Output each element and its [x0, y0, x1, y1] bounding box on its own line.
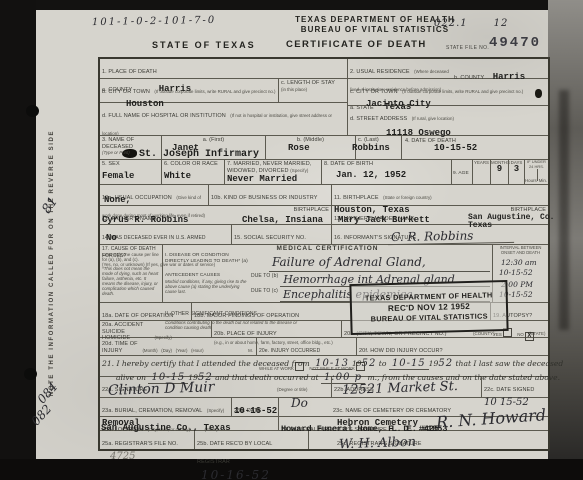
due-to-c-label: DUE TO (c) — [251, 288, 278, 302]
certificate-form: 1. PLACE OF DEATH a. COUNTY Harris b. CI… — [98, 57, 550, 451]
due-to-b-label: DUE TO (b) — [251, 273, 278, 287]
cemetery-label: 23c. NAME OF CEMETERY OR CREMATORY — [333, 408, 451, 414]
registrar-signature: W. H. Albon — [339, 435, 417, 453]
age-label: 9. AGE — [453, 171, 469, 176]
interval-label: INTERVAL BETWEEN ONSET AND DEATH — [495, 246, 546, 256]
residence-city-note: (If outside corporate limits, write RURA… — [402, 89, 523, 94]
row-physician: 22a. SIGNATURE Clinton D Muir (Degree or… — [100, 376, 548, 397]
margin-note: NOTE THE INFORMATION CALLED FOR ON THE R… — [49, 113, 59, 413]
stay-label: c. LENGTH OF STAY — [281, 80, 345, 87]
last-name-value: Robbins — [352, 144, 399, 153]
punch-hole-icon — [26, 105, 39, 117]
date-signed-label: 22c. DATE SIGNED — [484, 387, 534, 393]
certificate-paper: NOTE THE INFORMATION CALLED FOR ON THE R… — [36, 10, 548, 459]
handwritten-class-code: 022.112 — [434, 18, 508, 29]
attended-from-date: 10-13 — [312, 358, 352, 370]
physician-address: 12521 Market St. — [342, 379, 458, 398]
handwritten-code: 101-1-0-2-101-7-0 — [92, 15, 216, 28]
cause-line1-label: I. DISEASE OR CONDITIONDIRECTLY LEADING … — [165, 253, 269, 265]
degree-label: (Degree or title) — [277, 387, 308, 392]
birthplace-label: 11. BIRTHPLACE — [334, 195, 379, 201]
registrar-file-value: 4725 — [110, 451, 192, 462]
residence-city-value: Jacinto City — [366, 100, 546, 109]
hospital-label: d. FULL NAME OF HOSPITAL OR INSTITUTION — [102, 113, 226, 119]
days-value: 3 — [509, 165, 524, 174]
row-injury-time: 20d. TIME OF INJURY (Month) (Day) (Year)… — [100, 337, 548, 355]
informant-signature: C. R. Robbins — [388, 228, 514, 245]
street-note: (If rural, give location) — [412, 116, 454, 121]
occupation-value: None, — [104, 196, 131, 205]
row-certification: 21. I hereby certify that I attended the… — [100, 355, 548, 376]
attended-to-year: 52 — [438, 358, 453, 369]
armed-value: No — [106, 234, 117, 243]
row-service: 14. WAS DECEASED EVER IN U.S. ARMED FORC… — [100, 224, 548, 244]
burial-date-value: 10-16-52 — [234, 407, 277, 416]
place-section-label: 1. PLACE OF DEATH — [102, 69, 157, 75]
row-name: 3. NAME OF DECEASED (Type or Print) a. (… — [100, 135, 548, 159]
attended-to-date: 10-15 — [389, 358, 429, 370]
operation-findings-label: 18b. MAJOR FINDINGS OF OPERATION — [194, 313, 299, 319]
file-no-value: 49470 — [489, 35, 541, 51]
registrar-date-label: 25b. DATE REC'D BY LOCAL REGISTRAR — [197, 441, 272, 465]
sex-value: Female — [102, 172, 159, 181]
race-label: 6. COLOR OR RACE — [164, 161, 222, 168]
min-label: Min. — [539, 178, 547, 183]
injury-occurred-label: 20e. INJURY OCCURRED — [259, 348, 320, 354]
name-label: 3. NAME OF DECEASED — [102, 137, 159, 150]
middle-name-value: Rose — [288, 144, 353, 153]
scan-top-band — [36, 0, 548, 10]
cause-section-note: Enter only one cause per line for (a), (… — [102, 252, 160, 262]
father-value: Cyrus R. Robbins — [102, 216, 188, 225]
operation-date-label: 18a. DATE OF OPERATION — [102, 313, 173, 319]
residence-city-label: c. CITY OR TOWN — [350, 89, 398, 95]
stay-note: (in this place) — [281, 87, 345, 92]
cause-footnote: *This does not mean the mode of dying, s… — [102, 266, 160, 296]
under24-label: IF UNDER 24 HRS. — [525, 160, 548, 169]
name-note: (Type or Print) — [102, 150, 159, 155]
state-of-texas: STATE OF TEXAS — [152, 40, 256, 50]
scan-left-band — [0, 0, 36, 480]
marital-label: 7. MARRIED, NEVER MARRIED, WIDOWED, DIVO… — [227, 161, 319, 174]
punch-hole-icon — [24, 368, 37, 380]
interval-1-time: 12:30 am — [501, 258, 537, 267]
city-note: (If outside corporate limits, write RURA… — [154, 89, 275, 94]
mother-value: Mary Jack Burkett — [338, 216, 430, 225]
medical-certification-heading: MEDICAL CERTIFICATION — [163, 245, 492, 253]
certificate-title: CERTIFICATE OF DEATH — [286, 39, 427, 50]
marital-value: Never Married — [227, 175, 319, 184]
ink-mark — [535, 89, 542, 98]
dob-label: 8. DATE OF BIRTH — [324, 161, 449, 168]
burial-label: 23a. BURIAL, CREMATION, REMOVAL — [102, 408, 202, 414]
certification-line-1: 21. I hereby certify that I attended the… — [102, 357, 546, 371]
first-name-value: Janet — [172, 144, 263, 153]
street-label: d. STREET ADDRESS — [350, 116, 407, 122]
how-injury-label: 20f. HOW DID INJURY OCCUR? — [359, 348, 443, 354]
place-of-death-block: 1. PLACE OF DEATH a. COUNTY Harris b. CI… — [100, 59, 347, 135]
age-block: 9. AGE YEARS MONTHS 9 DAYS 3 IF UNDER 24… — [451, 160, 548, 184]
industry-label: 10b. KIND OF BUSINESS OR INDUSTRY — [211, 195, 318, 201]
received-stamp: TEXAS DEPARTMENT OF HEALTH REC'D NOV 12 … — [349, 280, 508, 335]
birthplace-note: (State or foreign country) — [383, 195, 432, 200]
antecedent-note: Morbid conditions, if any, giving rise t… — [165, 279, 251, 294]
father-bp-value: Chelsa, Insiana — [242, 216, 323, 225]
row-registrar: 25a. REGISTRAR'S FILE NO. 4725 25b. DATE… — [100, 430, 548, 449]
middle-name-label: b. (Middle) — [268, 137, 353, 144]
interval-1-date: 10-15-52 — [499, 268, 533, 277]
file-no-label: STATE FILE NO. — [446, 45, 489, 51]
injury-state-label: (STATE) — [529, 331, 545, 336]
injury-m-label: M. — [248, 348, 253, 353]
injury-place-label: 20b. PLACE OF INJURY — [214, 331, 277, 337]
residence-section-label: 2. USUAL RESIDENCE — [350, 69, 410, 75]
sex-label: 5. SEX — [102, 161, 159, 168]
row-vitals: 5. SEX Female 6. COLOR OR RACE White 7. … — [100, 159, 548, 184]
injury-time-label: 20d. TIME OF INJURY — [102, 341, 138, 354]
scanned-death-certificate: NOTE THE INFORMATION CALLED FOR ON THE R… — [0, 0, 583, 480]
race-value: White — [164, 172, 222, 181]
scan-streak — [559, 90, 569, 330]
cause-sidebar: 17. CAUSE OF DEATH Enter only one cause … — [100, 245, 162, 302]
father-bp-label: BIRTHPLACE — [294, 207, 329, 214]
usual-residence-block: 2. USUAL RESIDENCE (Where deceased lived… — [347, 59, 548, 135]
years-label: YEARS — [473, 160, 490, 165]
row-occupation: 10a. USUAL OCCUPATION (Give kind of work… — [100, 184, 548, 205]
row-parents: 12. FATHER'S NAME Cyrus R. Robbins BIRTH… — [100, 205, 548, 224]
row-place-residence: 1. PLACE OF DEATH a. COUNTY Harris b. CI… — [100, 59, 548, 135]
dod-value: 10-15-52 — [434, 144, 477, 153]
registrar-file-label: 25a. REGISTRAR'S FILE NO. — [102, 441, 178, 447]
months-value: 9 — [491, 165, 508, 174]
dod-label: 4. DATE OF DEATH — [405, 138, 427, 145]
city-label: b. CITY OR TOWN — [102, 89, 150, 95]
attended-from-year: 52 — [362, 358, 377, 369]
registrar-date-value: 10-16-52 — [201, 468, 306, 480]
dob-value: Jan. 12, 1952 — [336, 171, 449, 180]
burial-note: (Specify) — [207, 408, 224, 413]
ssn-label: 15. SOCIAL SECURITY NO. — [234, 235, 306, 241]
cause-line1-value: Failure of Adrenal Gland, — [272, 255, 426, 269]
hours-label: Hours — [525, 178, 537, 183]
injury-time-columns: (Month) (Day) (Year) (Hour) — [142, 348, 203, 353]
physician-signature: Clinton D Muir — [108, 379, 215, 399]
row-location-director: 23d. LOCATION (City, town, or county) (S… — [100, 416, 548, 430]
